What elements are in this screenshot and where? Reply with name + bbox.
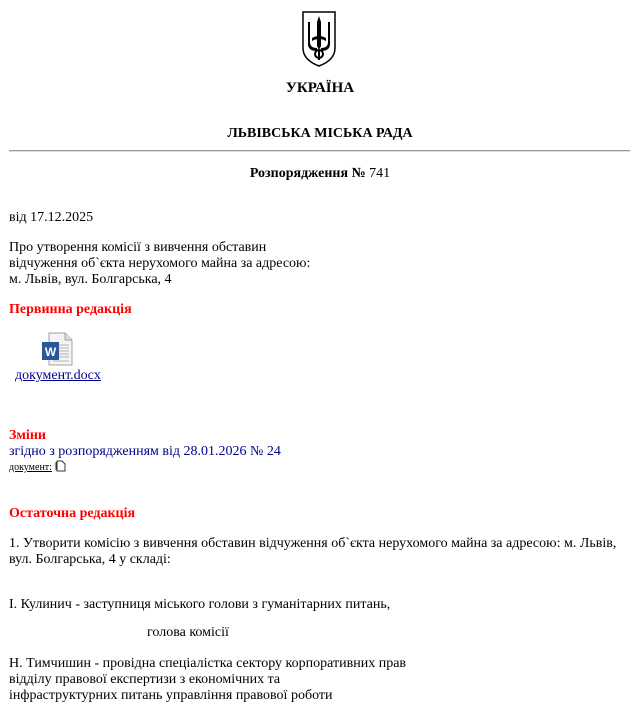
order-title: Розпорядження № 741 — [0, 166, 640, 182]
changes-document-link[interactable]: документ: — [9, 462, 52, 473]
changes-heading: Зміни — [9, 428, 46, 444]
order-date: від 17.12.2025 — [9, 210, 93, 226]
initial-edition-heading: Первинна редакція — [9, 302, 132, 318]
council-heading: ЛЬВІВСЬКА МІСЬКА РАДА — [0, 126, 640, 142]
subject-line: відчуження об`єкта нерухомого майна за а… — [9, 256, 310, 272]
document-icon[interactable] — [55, 460, 66, 472]
subject-line: Про утворення комісії з вивчення обстави… — [9, 240, 310, 256]
changes-text[interactable]: згідно з розпорядженням від 28.01.2026 №… — [9, 444, 281, 460]
word-document-icon[interactable]: W — [41, 332, 73, 366]
order-label: Розпорядження № — [250, 166, 366, 181]
divider — [9, 150, 630, 152]
subject-line: м. Львів, вул. Болгарська, 4 — [9, 272, 310, 288]
paragraph-1: 1. Утворити комісію з вивчення обставин … — [9, 536, 616, 568]
member-line: інфраструктурних питань управління право… — [9, 688, 406, 704]
member-line: відділу правової експертизи з економічни… — [9, 672, 406, 688]
initial-edition-file-link[interactable]: документ.docx — [15, 368, 101, 384]
member-2: Н. Тимчишин - провідна спеціалістка сект… — [9, 656, 406, 704]
country-heading: УКРАЇНА — [0, 80, 640, 97]
svg-text:W: W — [45, 345, 57, 359]
final-edition-heading: Остаточна редакція — [9, 506, 135, 522]
file-link-text[interactable]: документ.docx — [15, 368, 101, 383]
member-line: Н. Тимчишин - провідна спеціалістка сект… — [9, 656, 406, 672]
changes-document[interactable]: документ: — [9, 459, 66, 476]
order-number: 741 — [369, 166, 390, 181]
member-1: І. Кулинич - заступниця міського голови … — [9, 597, 390, 613]
order-subject: Про утворення комісії з вивчення обстави… — [9, 240, 310, 288]
member-1-role: голова комісії — [147, 625, 229, 641]
trident-coat-of-arms-icon — [299, 8, 339, 68]
paragraph-line: вул. Болгарська, 4 у складі: — [9, 552, 616, 568]
paragraph-line: 1. Утворити комісію з вивчення обставин … — [9, 536, 616, 552]
